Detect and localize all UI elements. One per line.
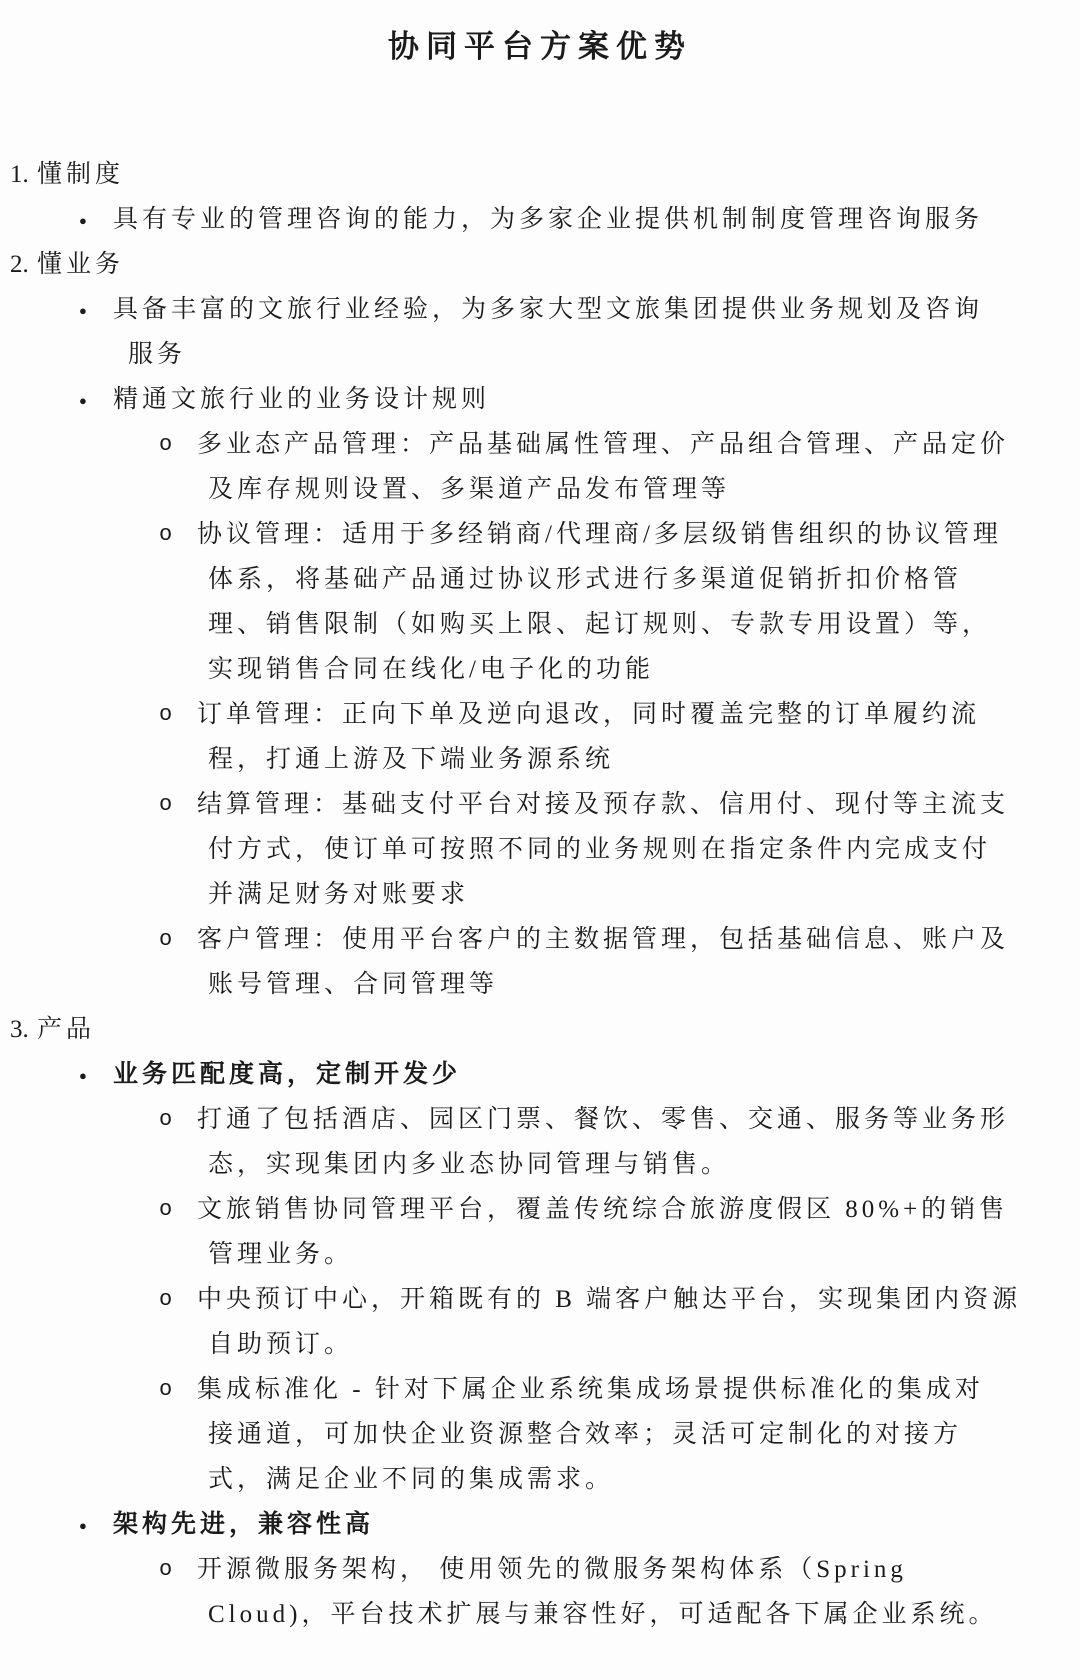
- bullet-text: 精通文旅行业的业务设计规则: [113, 386, 490, 413]
- sub-bullet-text: 多业态产品管理：产品基础属性管理、产品组合管理、产品定价 及库存规则设置、多渠道…: [197, 431, 1009, 503]
- sub-bullet-item: o 协议管理：适用于多经销商/代理商/多层级销售组织的协议管理 体系，将基础产品…: [0, 512, 1080, 692]
- section-heading: 懂业务: [37, 251, 124, 278]
- sub-bullet-text: 协议管理：适用于多经销商/代理商/多层级销售组织的协议管理 体系，将基础产品通过…: [197, 521, 1002, 683]
- bullet-item: ● 具有专业的管理咨询的能力，为多家企业提供机制制度管理咨询服务: [0, 197, 1080, 242]
- sub-bullet-item: o 结算管理：基础支付平台对接及预存款、信用付、现付等主流支 付方式，使订单可按…: [0, 782, 1080, 917]
- bullet-item: ● 精通文旅行业的业务设计规则: [0, 377, 1080, 422]
- sub-bullet-item: o 客户管理：使用平台客户的主数据管理，包括基础信息、账户及 账号管理、合同管理…: [0, 917, 1080, 1007]
- numbered-item: 2. 懂业务: [0, 242, 1080, 287]
- sub-bullet-text: 结算管理：基础支付平台对接及预存款、信用付、现付等主流支 付方式，使订单可按照不…: [197, 791, 1009, 908]
- bullet-text: 架构先进，兼容性高: [113, 1511, 374, 1538]
- list-number: 3.: [10, 1007, 29, 1052]
- sub-bullet-text: 文旅销售协同管理平台，覆盖传统综合旅游度假区 80%+的销售 管理业务。: [197, 1196, 1008, 1268]
- bullet-text: 业务匹配度高，定制开发少: [113, 1061, 461, 1088]
- bullet-item: ● 具备丰富的文旅行业经验，为多家大型文旅集团提供业务规划及咨询 服务: [0, 287, 1080, 377]
- sub-bullet-text: 集成标准化 - 针对下属企业系统集成场景提供标准化的集成对 接通道，可加快企业资…: [197, 1376, 984, 1493]
- sub-bullet-item: o 集成标准化 - 针对下属企业系统集成场景提供标准化的集成对 接通道，可加快企…: [0, 1367, 1080, 1502]
- document-page: 协同平台方案优势 1. 懂制度 ● 具有专业的管理咨询的能力，为多家企业提供机制…: [0, 0, 1080, 1680]
- circle-bullet-icon: o: [170, 1277, 172, 1322]
- bullet-text: 具有专业的管理咨询的能力，为多家企业提供机制制度管理咨询服务: [113, 206, 983, 233]
- sub-bullet-text: 订单管理：正向下单及逆向退改，同时覆盖完整的订单履约流 程，打通上游及下端业务源…: [197, 701, 980, 773]
- circle-bullet-icon: o: [170, 917, 172, 962]
- sub-bullet-text: 中央预订中心，开箱既有的 B 端客户触达平台，实现集团内资源 自助预订。: [197, 1286, 1021, 1358]
- list-number: 1.: [10, 152, 29, 197]
- sub-bullet-item: o 多业态产品管理：产品基础属性管理、产品组合管理、产品定价 及库存规则设置、多…: [0, 422, 1080, 512]
- sub-bullet-item: o 订单管理：正向下单及逆向退改，同时覆盖完整的订单履约流 程，打通上游及下端业…: [0, 692, 1080, 782]
- document-title: 协同平台方案优势: [0, 24, 1080, 70]
- sub-bullet-text: 开源微服务架构， 使用领先的微服务架构体系（Spring Cloud)，平台技术…: [197, 1556, 997, 1628]
- circle-bullet-icon: o: [170, 1367, 172, 1412]
- circle-bullet-icon: o: [170, 1097, 172, 1142]
- list-number: 2.: [10, 242, 29, 287]
- sub-bullet-item: o 开源微服务架构， 使用领先的微服务架构体系（Spring Cloud)，平台…: [0, 1547, 1080, 1637]
- circle-bullet-icon: o: [170, 692, 172, 737]
- numbered-item: 3. 产品: [0, 1007, 1080, 1052]
- bullet-item: ● 业务匹配度高，定制开发少: [0, 1052, 1080, 1097]
- section-heading: 产品: [37, 1016, 95, 1043]
- bullet-text: 具备丰富的文旅行业经验，为多家大型文旅集团提供业务规划及咨询 服务: [113, 296, 983, 368]
- circle-bullet-icon: o: [170, 422, 172, 467]
- circle-bullet-icon: o: [170, 1547, 172, 1592]
- section-heading: 懂制度: [37, 161, 124, 188]
- circle-bullet-icon: o: [170, 782, 172, 827]
- bullet-item: ● 架构先进，兼容性高: [0, 1502, 1080, 1547]
- circle-bullet-icon: o: [170, 512, 172, 557]
- sub-bullet-item: o 文旅销售协同管理平台，覆盖传统综合旅游度假区 80%+的销售 管理业务。: [0, 1187, 1080, 1277]
- sub-bullet-text: 客户管理：使用平台客户的主数据管理，包括基础信息、账户及 账号管理、合同管理等: [197, 926, 1009, 998]
- sub-bullet-text: 打通了包括酒店、园区门票、餐饮、零售、交通、服务等业务形 态，实现集团内多业态协…: [197, 1106, 1009, 1178]
- sub-bullet-item: o 打通了包括酒店、园区门票、餐饮、零售、交通、服务等业务形 态，实现集团内多业…: [0, 1097, 1080, 1187]
- sub-bullet-item: o 中央预订中心，开箱既有的 B 端客户触达平台，实现集团内资源 自助预订。: [0, 1277, 1080, 1367]
- circle-bullet-icon: o: [170, 1187, 172, 1232]
- numbered-item: 1. 懂制度: [0, 152, 1080, 197]
